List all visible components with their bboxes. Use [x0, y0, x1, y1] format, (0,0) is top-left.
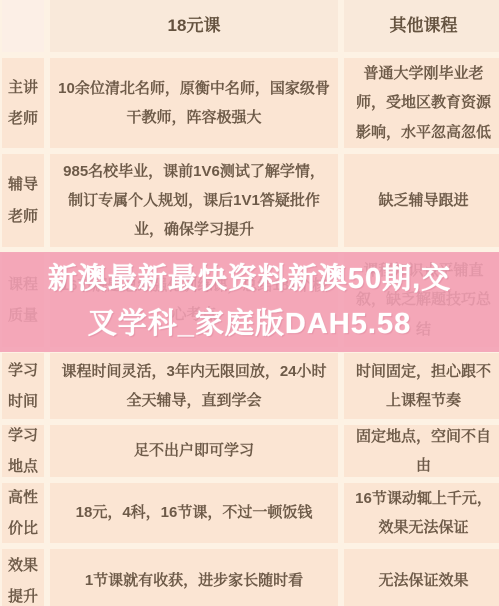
header-cell-other-courses: 其他课程 [344, 0, 499, 52]
row-label-tutor: 辅导老师 [2, 154, 44, 247]
row-label-study-location: 学习地点 [2, 425, 44, 477]
effect-improvement-18yuan-cell: 1节课就有收获，进步家长随时看 [50, 549, 338, 606]
header-corner-cell [2, 0, 44, 52]
tutor-other-cell: 缺乏辅导跟进 [344, 154, 499, 247]
row-label-study-time: 学习时间 [2, 353, 44, 419]
main-teacher-18yuan-cell: 10余位清北名师，原衡中名师，国家级骨干教师，阵容极强大 [50, 58, 338, 148]
header-cell-18yuan-course: 18元课 [50, 0, 338, 52]
study-location-18yuan-cell: 足不出户即可学习 [50, 425, 338, 477]
cost-performance-18yuan-cell: 18元，4科，16节课，不过一顿饭钱 [50, 483, 338, 543]
effect-improvement-other-cell: 无法保证效果 [344, 549, 499, 606]
row-label-main-teacher: 主讲老师 [2, 58, 44, 148]
promo-overlay-text-line1: 新澳最新最快资料新澳50期,交 [48, 257, 451, 302]
promo-overlay-banner: 新澳最新最快资料新澳50期,交 叉学科_家庭版DAH5.58 [0, 252, 499, 352]
row-label-effect-improvement: 效果提升 [2, 549, 44, 606]
promo-overlay-text-line2: 叉学科_家庭版DAH5.58 [88, 302, 411, 347]
study-time-18yuan-cell: 课程时间灵活，3年内无限回放，24小时全天辅导，直到学会 [50, 353, 338, 419]
main-teacher-other-cell: 普通大学刚毕业老师，受地区教育资源影响，水平忽高忽低 [344, 58, 499, 148]
cost-performance-other-cell: 16节课动辄上千元，效果无法保证 [344, 483, 499, 543]
study-time-other-cell: 时间固定，担心跟不上课程节奏 [344, 353, 499, 419]
study-location-other-cell: 固定地点，空间不自由 [344, 425, 499, 477]
row-label-cost-performance: 高性价比 [2, 483, 44, 543]
tutor-18yuan-cell: 985名校毕业，课前1V6测试了解学情，制订专属个人规划，课后1V1答疑批作业，… [50, 154, 338, 247]
